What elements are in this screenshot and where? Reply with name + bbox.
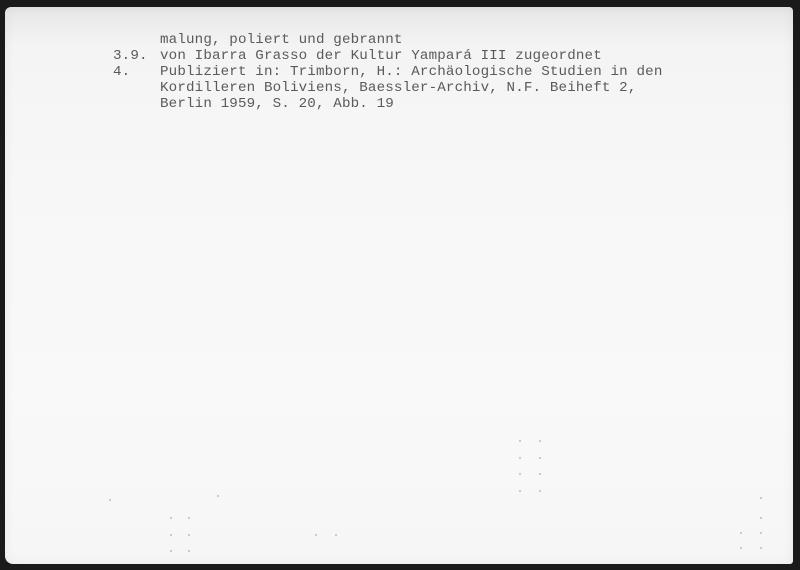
text-line-1: malung, poliert und gebrannt [160,32,403,48]
text-line-5: Berlin 1959, S. 20, Abb. 19 [160,96,394,112]
text-line-4: Kordilleren Boliviens, Baessler-Archiv, … [160,80,637,96]
item-number-4: 4. [113,64,130,80]
text-line-2: von Ibarra Grasso der Kultur Yampará III… [160,48,602,64]
text-line-3: Publiziert in: Trimborn, H.: Archäologis… [160,64,663,80]
index-card: malung, poliert und gebrannt 3.9. von Ib… [5,7,793,564]
item-number-3-9: 3.9. [113,48,148,64]
